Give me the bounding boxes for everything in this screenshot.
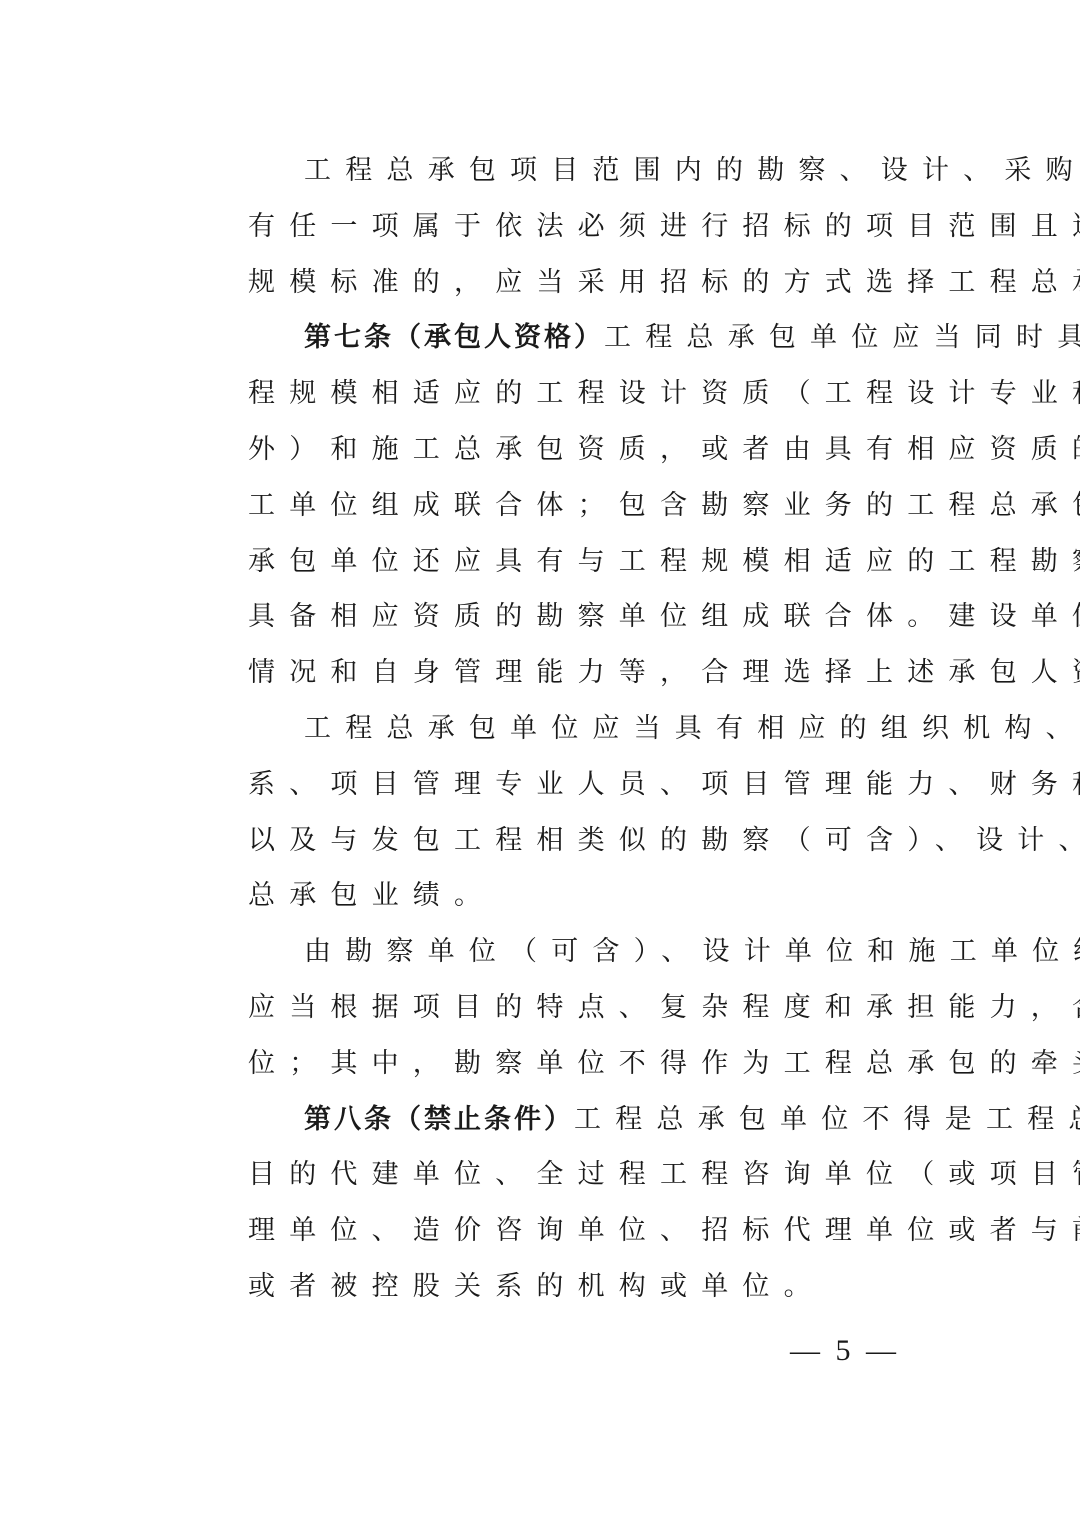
text-line: 由勘察单位（可含）、设计单位和施工单位组成联合体的， <box>165 924 915 980</box>
paragraph-consortium-lead: 由勘察单位（可含）、设计单位和施工单位组成联合体的， 应当根据项目的特点、复杂程… <box>165 924 915 1091</box>
text-run: 工程总承包单位应当同时具有与工 <box>604 322 1080 353</box>
text-line: 第八条（禁止条件）工程总承包单位不得是工程总承包项 <box>165 1092 915 1148</box>
text-line: 工程总承包项目范围内的勘察、设计、采购或者施工中， <box>165 143 915 199</box>
article-heading: 第八条（禁止条件） <box>304 1104 574 1135</box>
page-number: — 5 — <box>790 1334 900 1368</box>
paragraph-organization-requirements: 工程总承包单位应当具有相应的组织机构、项目管理体 系、项目管理专业人员、项目管理… <box>165 701 915 924</box>
text-line: 第七条（承包人资格）工程总承包单位应当同时具有与工 <box>165 310 915 366</box>
text-line: 情况和自身管理能力等，合理选择上述承包人资格模式。 <box>165 645 915 701</box>
paragraph-tender-requirement: 工程总承包项目范围内的勘察、设计、采购或者施工中， 有任一项属于依法必须进行招标… <box>165 143 915 310</box>
document-page: 工程总承包项目范围内的勘察、设计、采购或者施工中， 有任一项属于依法必须进行招标… <box>165 143 915 1315</box>
text-line: 工程总承包单位应当具有相应的组织机构、项目管理体 <box>165 701 915 757</box>
text-run: 工程总承包单位不得是工程总承包项 <box>574 1104 1080 1135</box>
text-line: 系、项目管理专业人员、项目管理能力、财务和风险承担能力， <box>165 757 915 813</box>
text-line: 外）和施工总承包资质，或者由具有相应资质的设计单位和施 <box>165 422 915 478</box>
text-line: 位；其中，勘察单位不得作为工程总承包的牵头单位。 <box>165 1036 915 1092</box>
text-line: 程规模相适应的工程设计资质（工程设计专业和事务所资质除 <box>165 366 915 422</box>
text-line: 具备相应资质的勘察单位组成联合体。建设单位应当根据项目 <box>165 589 915 645</box>
text-line: 有任一项属于依法必须进行招标的项目范围且达到国家规定 <box>165 199 915 255</box>
article-8-prohibited-conditions: 第八条（禁止条件）工程总承包单位不得是工程总承包项 目的代建单位、全过程工程咨询… <box>165 1092 915 1315</box>
text-line: 以及与发包工程相类似的勘察（可含）、设计、施工或者工程 <box>165 813 915 869</box>
text-line: 或者被控股关系的机构或单位。 <box>165 1259 915 1315</box>
article-7-contractor-qualification: 第七条（承包人资格）工程总承包单位应当同时具有与工 程规模相适应的工程设计资质（… <box>165 310 915 701</box>
text-line: 理单位、造价咨询单位、招标代理单位或者与前述单位有控股 <box>165 1203 915 1259</box>
text-line: 规模标准的，应当采用招标的方式选择工程总承包单位。 <box>165 255 915 311</box>
text-line: 工单位组成联合体；包含勘察业务的工程总承包项目，工程总 <box>165 478 915 534</box>
text-line: 应当根据项目的特点、复杂程度和承担能力，合理确定牵头单 <box>165 980 915 1036</box>
text-line: 承包单位还应具有与工程规模相适应的工程勘察资质或者与 <box>165 534 915 590</box>
article-heading: 第七条（承包人资格） <box>304 322 604 353</box>
text-line: 总承包业绩。 <box>165 868 915 924</box>
text-line: 目的代建单位、全过程工程咨询单位（或项目管理单位）、监 <box>165 1147 915 1203</box>
